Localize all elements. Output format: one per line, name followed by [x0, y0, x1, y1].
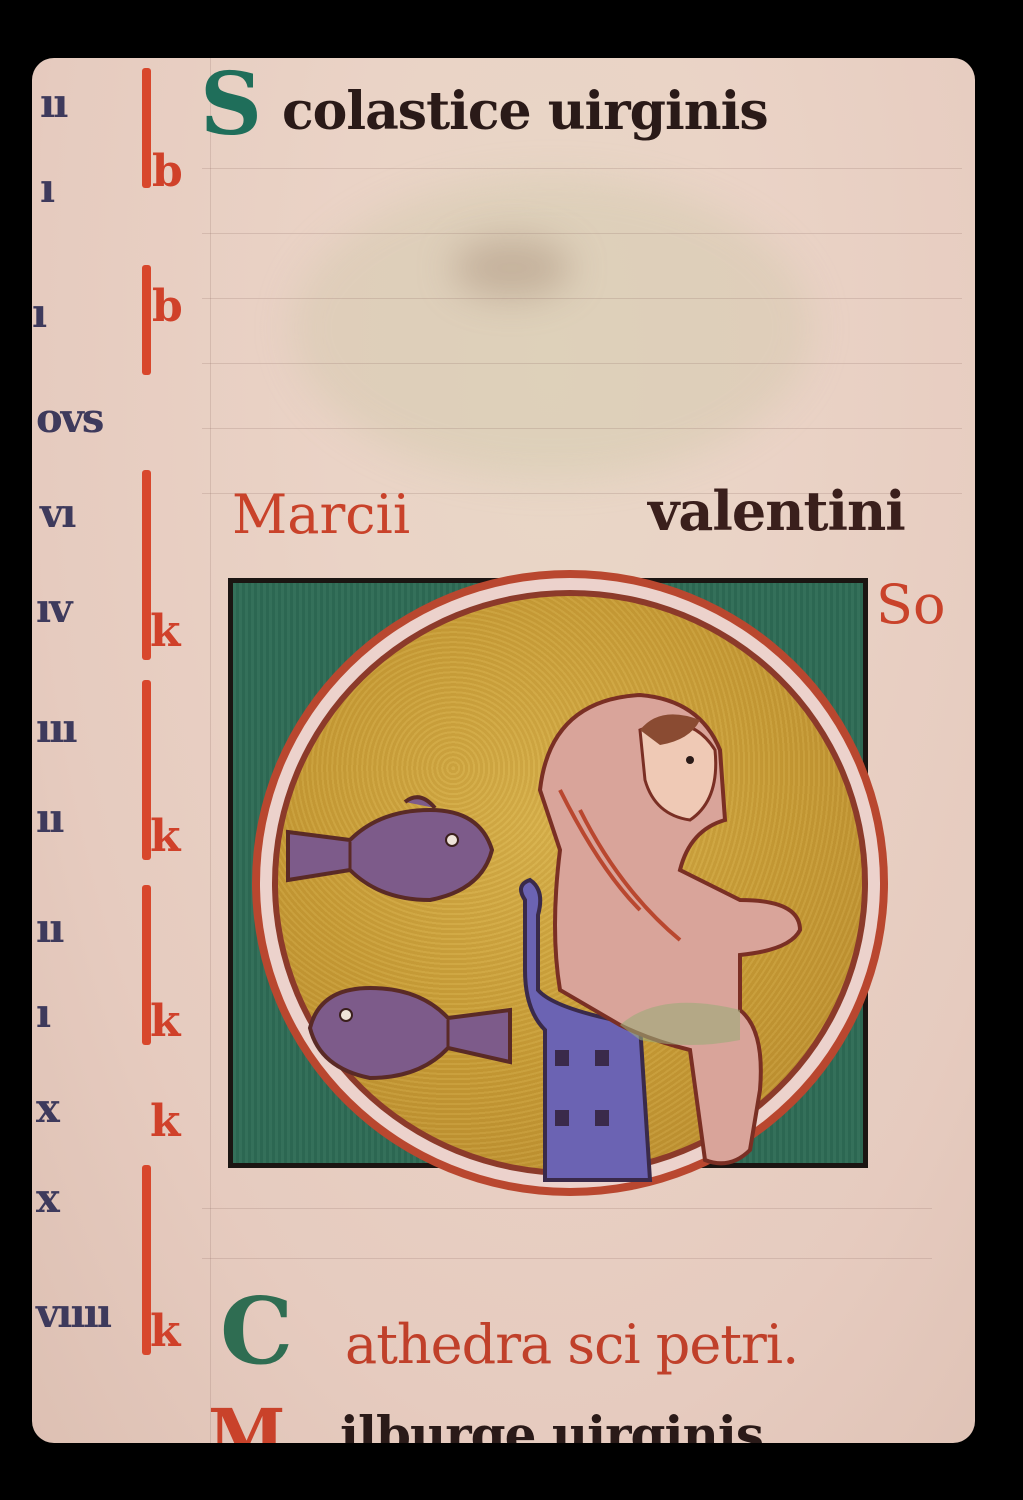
numeral: ıı [36, 905, 62, 952]
photo-border-bottom [0, 1443, 1023, 1500]
feast-cathedra-petri: athedra sci petri. [345, 1318, 798, 1372]
numeral: x [36, 1085, 58, 1132]
numeral: ıı [36, 795, 62, 842]
numeral: ı [32, 290, 45, 337]
fish-lower-icon [310, 988, 510, 1078]
green-initial-s: S [200, 62, 262, 148]
month-label: Marcii [232, 488, 410, 542]
calendar-letter: k [150, 815, 181, 859]
green-initial-c: C [220, 1285, 293, 1377]
tall-stroke [142, 265, 151, 375]
ruling-line [202, 233, 962, 234]
numeral: x [36, 1175, 58, 1222]
water-stain [292, 178, 812, 478]
calendar-letter: k [150, 610, 181, 654]
numeral: ıı [40, 80, 66, 127]
numeral: vıııı [36, 1290, 110, 1337]
numeral: ovs [36, 395, 102, 442]
ruling-line [202, 168, 962, 169]
ruling-line [202, 1208, 932, 1209]
ruling-line [202, 298, 962, 299]
dark-stain [452, 238, 572, 298]
ruling-line-vertical [210, 58, 211, 1443]
feast-valentini: valentini [648, 484, 905, 538]
pisces-figure-svg [220, 570, 900, 1200]
calendar-letter: k [150, 1310, 181, 1354]
ruling-line [202, 428, 962, 429]
feast-scolastica: colastice uirginis [282, 86, 768, 138]
numeral: ııı [36, 705, 76, 752]
numeral: vı [40, 490, 74, 537]
ruling-line [202, 1258, 932, 1259]
calendar-letter: k [150, 1000, 181, 1044]
photo-border-right [975, 0, 1023, 1500]
calendar-letter: b [152, 150, 183, 194]
fish-upper-icon [288, 797, 492, 900]
tall-stroke [142, 68, 151, 188]
numeral: ıv [36, 585, 70, 632]
numeral: ı [40, 165, 53, 212]
ruling-line [202, 363, 962, 364]
calendar-letter: b [152, 285, 183, 329]
numeral: ı [36, 990, 49, 1037]
calendar-letter: k [150, 1100, 181, 1144]
